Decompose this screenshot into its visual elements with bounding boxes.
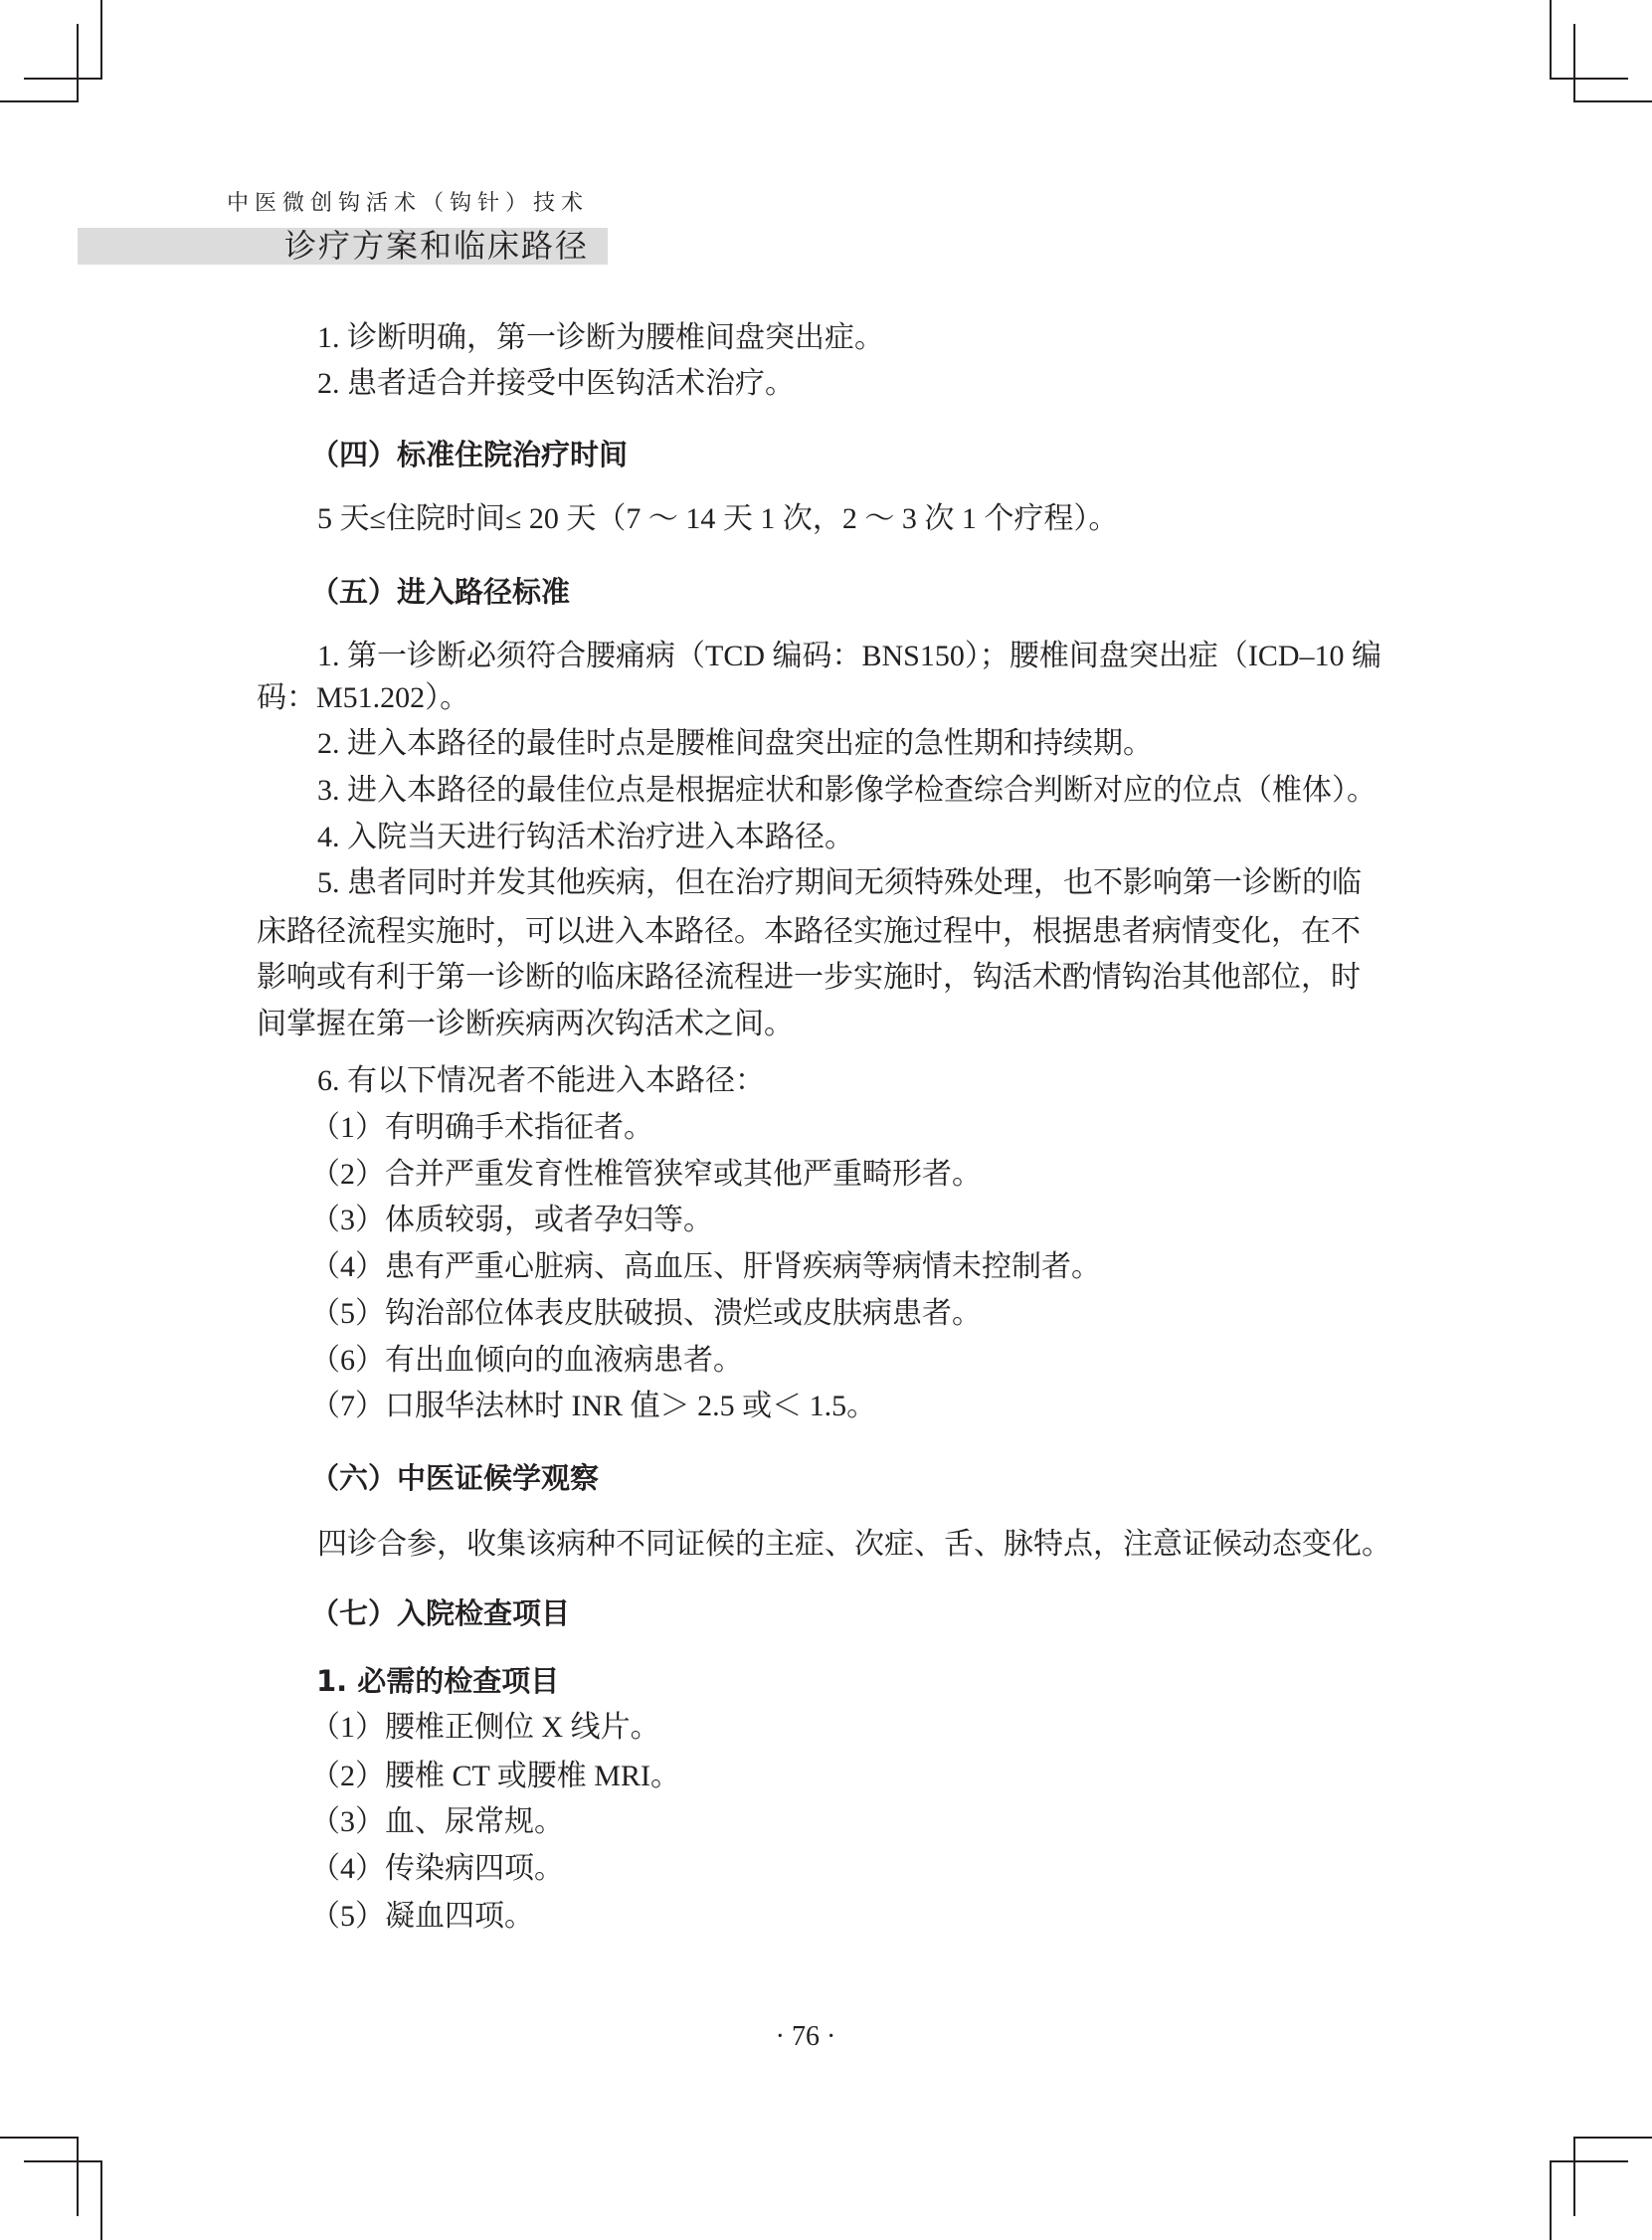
- section-5-p1-line2: 码：M51.202）。: [257, 678, 469, 718]
- intro-item-2: 2. 患者适合并接受中医钩活术治疗。: [317, 364, 795, 404]
- crop-mark-bottom-left-h1: [0, 2137, 79, 2139]
- exclusion-item-4: （4）患有严重心脏病、高血压、肝肾疾病等病情未控制者。: [310, 1247, 1101, 1287]
- exam-item-4: （4）传染病四项。: [310, 1849, 564, 1889]
- section-heading-7: （七）入院检查项目: [310, 1593, 570, 1633]
- section-title: 诊疗方案和临床路径: [78, 228, 589, 265]
- exclusion-item-6: （6）有出血倾向的血液病患者。: [310, 1341, 743, 1381]
- section-5-p5-line2: 床路径流程实施时，可以进入本路径。本路径实施过程中，根据患者病情变化，在不: [257, 912, 1352, 952]
- crop-mark-top-right-h1: [1550, 78, 1628, 80]
- crop-mark-top-right-v1: [1550, 0, 1552, 79]
- crop-mark-bottom-left-h2: [24, 2160, 102, 2162]
- crop-mark-bottom-right-h2: [1550, 2160, 1628, 2162]
- crop-mark-bottom-right-v2: [1550, 2160, 1552, 2240]
- crop-mark-bottom-left-v2: [100, 2160, 102, 2240]
- section-5-p5-line1: 5. 患者同时并发其他疾病，但在治疗期间无须特殊处理，也不影响第一诊断的临: [317, 863, 1352, 903]
- section-heading-5: （五）进入路径标准: [310, 572, 570, 612]
- crop-mark-bottom-right-h1: [1573, 2137, 1652, 2139]
- exam-item-2: （2）腰椎 CT 或腰椎 MRI。: [310, 1757, 680, 1796]
- section-5-p5-line4: 间掌握在第一诊断疾病两次钩活术之间。: [257, 1005, 794, 1044]
- page-number: · 76 ·: [726, 2017, 885, 2057]
- section-heading-6: （六）中医证候学观察: [310, 1458, 599, 1498]
- crop-mark-top-left-v2: [77, 24, 79, 102]
- exclusion-item-7: （7）口服华法林时 INR 值＞ 2.5 或＜ 1.5。: [310, 1387, 876, 1426]
- crop-mark-top-right-v2: [1573, 24, 1575, 102]
- exam-item-3: （3）血、尿常规。: [310, 1802, 564, 1842]
- exclusion-item-5: （5）钩治部位体表皮肤破损、溃烂或皮肤病患者。: [310, 1294, 982, 1334]
- section-5-p1-line1: 1. 第一诊断必须符合腰痛病（TCD 编码：BNS150）；腰椎间盘突出症（IC…: [317, 637, 1352, 676]
- section-5-p6: 6. 有以下情况者不能进入本路径：: [317, 1061, 765, 1101]
- section-7-subheading: 1. 必需的检查项目: [316, 1661, 559, 1701]
- section-5-p5-line3: 影响或有利于第一诊断的临床路径流程进一步实施时，钩活术酌情钩治其他部位，时: [257, 958, 1352, 998]
- intro-item-1: 1. 诊断明确，第一诊断为腰椎间盘突出症。: [317, 318, 884, 358]
- crop-mark-top-left-v1: [100, 0, 102, 79]
- section-6-text: 四诊合参，收集该病种不同证候的主症、次症、舌、脉特点，注意证候动态变化。: [317, 1525, 1391, 1565]
- section-heading-4: （四）标准住院治疗时间: [310, 435, 628, 474]
- section-5-p4: 4. 入院当天进行钩活术治疗进入本路径。: [317, 818, 854, 857]
- crop-mark-top-right-h2: [1573, 100, 1652, 102]
- book-title: 中医微创钩活术（钩针）技术: [227, 189, 589, 219]
- exam-item-5: （5）凝血四项。: [310, 1897, 534, 1937]
- crop-mark-bottom-left-v1: [77, 2137, 79, 2216]
- exam-item-1: （1）腰椎正侧位 X 线片。: [310, 1708, 660, 1748]
- crop-mark-top-left-h2: [0, 100, 79, 102]
- exclusion-item-2: （2）合并严重发育性椎管狭窄或其他严重畸形者。: [310, 1155, 982, 1195]
- section-5-p3: 3. 进入本路径的最佳位点是根据症状和影像学检查综合判断对应的位点（椎体）。: [317, 771, 1377, 811]
- section-5-p2: 2. 进入本路径的最佳时点是腰椎间盘突出症的急性期和持续期。: [317, 724, 1153, 764]
- section-4-text: 5 天≤住院时间≤ 20 天（7 ～ 14 天 1 次，2 ～ 3 次 1 个疗…: [317, 499, 1118, 539]
- crop-mark-top-left-h1: [24, 78, 102, 80]
- exclusion-item-3: （3）体质较弱，或者孕妇等。: [310, 1201, 713, 1240]
- crop-mark-bottom-right-v1: [1573, 2137, 1575, 2216]
- exclusion-item-1: （1）有明确手术指征者。: [310, 1108, 653, 1148]
